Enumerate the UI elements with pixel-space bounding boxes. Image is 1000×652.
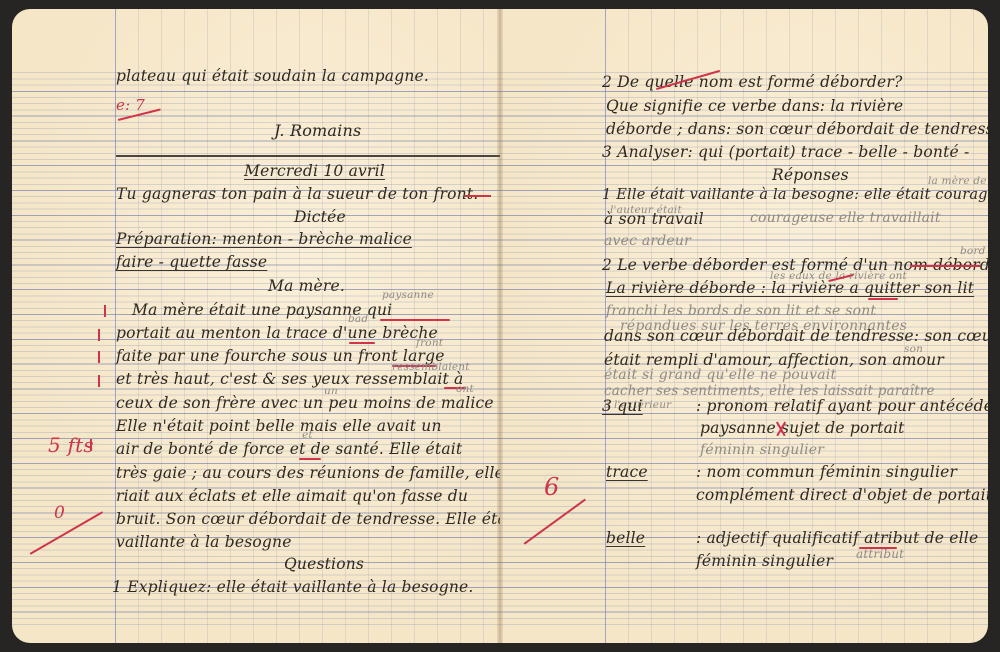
preparation-line-2: faire - quette fasse xyxy=(116,253,267,271)
red-underline xyxy=(299,458,321,460)
analysis-term: 3 qui xyxy=(602,397,643,415)
analysis-definition: : pronom relatif ayant pour antécédent xyxy=(696,397,988,415)
answers-heading: Réponses xyxy=(772,166,849,184)
section-divider xyxy=(116,155,500,157)
red-underline xyxy=(380,319,450,321)
question-line: 1 Expliquez: elle était vaillante à la b… xyxy=(112,578,474,596)
pencil-correction: féminin singulier xyxy=(700,442,824,458)
red-tally-mark xyxy=(98,351,100,363)
text-line: plateau qui était soudain la campagne. xyxy=(116,67,429,85)
pencil-correction: attribut xyxy=(856,547,904,561)
dictation-line: et très haut, c'est & ses yeux ressembla… xyxy=(116,370,463,388)
answer-line: 1 Elle était vaillante à la besogne: ell… xyxy=(602,187,988,203)
teacher-score: 6 xyxy=(544,473,559,501)
answer-line: La rivière déborde : la rivière a quitte… xyxy=(606,279,974,297)
proverb-line: Tu gagneras ton pain à la sueur de ton f… xyxy=(116,185,478,203)
question-line: Que signifie ce verbe dans: la rivière xyxy=(606,97,903,115)
pencil-correction: paysanne xyxy=(382,289,434,301)
date-heading: Mercredi 10 avril xyxy=(244,162,385,180)
dictation-line: ceux de son frère avec un peu moins de m… xyxy=(116,394,494,412)
teacher-score-bottom: 0 xyxy=(54,503,65,523)
dictation-line: vaillante à la besogne xyxy=(116,533,292,551)
red-strikethrough xyxy=(910,265,980,267)
fautes-count: 5 fts xyxy=(48,433,94,457)
dictation-line: très gaie ; au cours des réunions de fam… xyxy=(116,464,500,482)
question-line: déborde ; dans: son cœur débordait de te… xyxy=(606,120,988,138)
pencil-correction: la mère de xyxy=(928,175,987,187)
answer-line: dans son cœur débordait de tendresse: so… xyxy=(604,327,988,345)
analysis-definition: complément direct d'objet de portait xyxy=(696,486,988,504)
red-tally-mark xyxy=(104,305,106,317)
notebook-binding xyxy=(497,9,503,643)
analysis-term: trace xyxy=(606,463,648,481)
dictation-line: portait au menton la trace d'une brèche xyxy=(116,324,438,342)
author-signature: J. Romains xyxy=(274,121,361,140)
red-tally-mark xyxy=(98,375,100,387)
analysis-definition: : nom commun féminin singulier xyxy=(696,463,957,481)
notebook-spread: plateau qui était soudain la campagne. e… xyxy=(0,0,1000,652)
dictation-line: riait aux éclats et elle aimait qu'on fa… xyxy=(116,487,468,505)
dictation-line: bruit. Son cœur débordait de tendresse. … xyxy=(116,510,500,528)
dictation-line: Elle n'était point belle mais elle avait… xyxy=(116,417,442,435)
questions-heading: Questions xyxy=(284,555,364,573)
red-strikethrough xyxy=(465,195,491,197)
red-underline xyxy=(868,298,898,300)
analysis-term: belle xyxy=(606,529,645,547)
pencil-correction: franchi les bords de son lit et se sont xyxy=(606,303,876,319)
pencil-correction: courageuse elle travaillait xyxy=(750,210,941,226)
analysis-definition: féminin singulier xyxy=(696,552,833,570)
right-page: 2 De quelle nom est formé déborder? Que … xyxy=(500,9,988,643)
teacher-score-top: e: 7 xyxy=(116,96,145,114)
answer-line: à son travail xyxy=(604,210,704,228)
red-tally-mark xyxy=(98,329,100,341)
question-line: 3 Analyser: qui (portait) trace - belle … xyxy=(602,143,969,161)
preparation-line: Préparation: menton - brèche malice xyxy=(116,230,412,248)
question-line: 2 De quelle nom est formé déborder? xyxy=(602,73,902,91)
dictation-title: Ma mère. xyxy=(268,277,345,295)
analysis-definition: paysanne sujet de portait xyxy=(700,419,905,437)
pencil-correction: était si grand qu'elle ne pouvait xyxy=(604,367,836,383)
left-page: plateau qui était soudain la campagne. e… xyxy=(12,9,500,643)
red-underline xyxy=(349,342,375,344)
pencil-correction: avec ardeur xyxy=(604,233,691,249)
dictee-heading: Dictée xyxy=(294,208,346,226)
dictation-line: air de bonté de force et de santé. Elle … xyxy=(116,440,462,458)
analysis-definition: : adjectif qualificatif atribut de elle xyxy=(696,529,978,547)
